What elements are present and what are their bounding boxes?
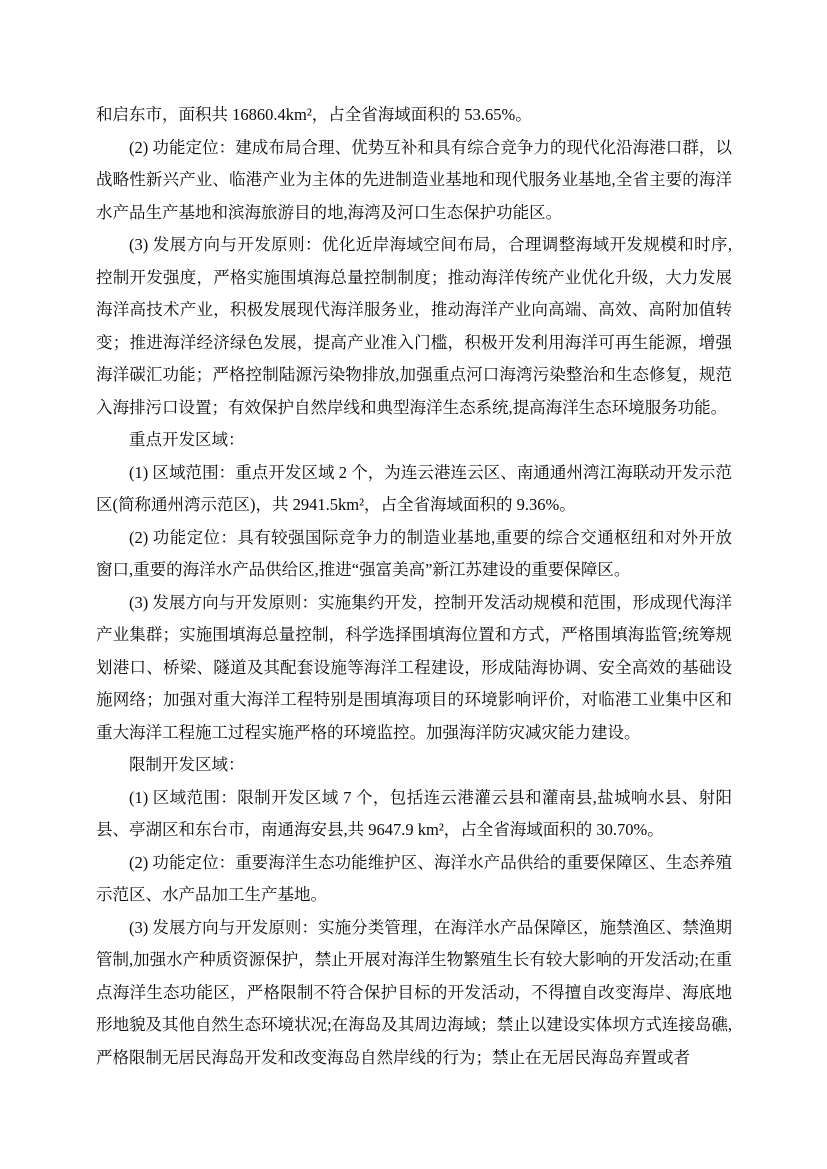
paragraph-restricted-zone-development-principles: (3) 发展方向与开发原则：实施分类管理，在海洋水产品保障区，施禁渔区、禁渔期管… [96, 912, 732, 1075]
paragraph-key-development-zones-heading: 重点开发区域： [96, 424, 732, 457]
paragraph-key-zone-scope: (1) 区域范围：重点开发区域 2 个，为连云港连云区、南通通州湾江海联动开发示… [96, 457, 732, 522]
paragraph-development-principles: (3) 发展方向与开发原则：优化近岸海域空间布局，合理调整海域开发规模和时序,控… [96, 229, 732, 424]
paragraph-function-positioning: (2) 功能定位：建成布局合理、优势互补和具有综合竞争力的现代化沿海港口群，以战… [96, 132, 732, 230]
paragraph-restricted-development-zones-heading: 限制开发区域： [96, 749, 732, 782]
document-body: 和启东市，面积共 16860.4km²，占全省海域面积的 53.65%。 (2)… [96, 99, 732, 1074]
paragraph-key-zone-function-positioning: (2) 功能定位：具有较强国际竞争力的制造业基地,重要的综合交通枢纽和对外开放窗… [96, 522, 732, 587]
paragraph-continuation-area-total: 和启东市，面积共 16860.4km²，占全省海域面积的 53.65%。 [96, 99, 732, 132]
paragraph-restricted-zone-function-positioning: (2) 功能定位：重要海洋生态功能维护区、海洋水产品供给的重要保障区、生态养殖示… [96, 847, 732, 912]
paragraph-key-zone-development-principles: (3) 发展方向与开发原则：实施集约开发，控制开发活动规模和范围，形成现代海洋产… [96, 587, 732, 750]
paragraph-restricted-zone-scope: (1) 区域范围：限制开发区域 7 个，包括连云港灌云县和灌南县,盐城响水县、射… [96, 782, 732, 847]
document-page: 和启东市，面积共 16860.4km²，占全省海域面积的 53.65%。 (2)… [0, 0, 827, 1169]
